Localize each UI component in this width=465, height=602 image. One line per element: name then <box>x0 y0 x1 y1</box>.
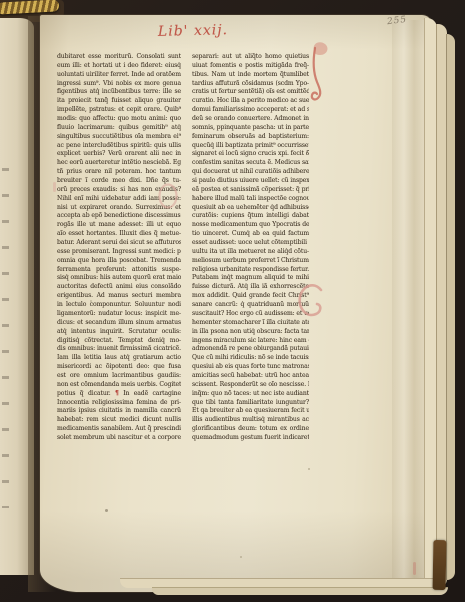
manuscript-line: deũ se orando conuertere. Admonet̃ in <box>192 115 309 124</box>
manuscript-line: somnis, ppinquante pascha: ut in parte <box>192 124 309 133</box>
red-margin-dash <box>53 182 56 192</box>
manuscript-line: Putabam inq́t magnum aliquid te mihi <box>192 274 309 283</box>
manuscript-line: in illa psona non utiq́ obscura: facta t… <box>192 328 309 337</box>
red-pilcrow-mark: ¶ <box>115 390 119 397</box>
fore-edge-leaf <box>446 34 455 580</box>
manuscript-line: tardius affuturã cõsidamus (scd́m Ypo- <box>192 80 309 89</box>
text-column-right: separari: aut ut aliq̃to homo quietiusui… <box>192 53 309 445</box>
manuscript-line: est ore omnium lacrimantibus gaudiis: <box>57 372 181 381</box>
manuscript-line: ingressi sum⁹. Vbi nobis ex more genua <box>57 80 181 89</box>
manuscript-line: tñ prius orare nil poteram. hoc tantum <box>57 168 181 177</box>
manuscript-line: meliosum uerbum proferret ĩ Christum: <box>192 257 309 266</box>
manuscript-line: omnia que hora illa poscebat. Tremenda <box>57 257 181 266</box>
manuscript-line: dicus: et secandum illum sinum armatus <box>57 319 181 328</box>
manuscript-line: curatõis: cupiens q̃tum intelligi dabat̃ <box>192 212 309 221</box>
manuscript-line: qui docuerat ut nihil curatiõis adhibere… <box>192 168 309 177</box>
manuscript-line: scissent. Responderũt se oĩo nescisse. E… <box>192 381 309 390</box>
manuscript-line: Innocentia religiosissima femina de pri- <box>57 399 181 408</box>
manuscript-line: atq́ intentus inquirit. Scrutatur oculis… <box>57 328 181 337</box>
manuscript-line: nosse medicamentum quo Ypocratis defini- <box>192 221 309 230</box>
manuscript-line: Que cũ mihi ridiculis: nõ se inde tacuis… <box>192 354 309 363</box>
manuscript-line: non est cõmendanda meis uerbis. Cogitet~ <box>57 381 181 390</box>
manuscript-line: feminarum obseruãs ad baptisterium: <box>192 133 309 142</box>
manuscript-line: uiuat fomentis e postis mitigãda freq̃- <box>192 62 309 71</box>
manuscript-line: si paulo diutius uiuere uellet: cũ inspe… <box>192 177 309 186</box>
manuscript-line: solet membrum ubi nascitur et a corpore <box>57 434 181 443</box>
leather-tab-marker <box>433 540 447 590</box>
manuscript-line: domui familiarissimo acceperat: et ad so… <box>192 106 309 115</box>
manuscript-line: religiosa urbanitate respondisse fertur. <box>192 266 309 275</box>
manuscript-line: mox addidit. Quid grande fecit Christ⁹ <box>192 292 309 301</box>
manuscript-line: quesiui ab eis quas forte tunc matronas <box>192 363 309 372</box>
manuscript-line: ac pene intercludẽtibus spiritũ: quis ul… <box>57 142 181 151</box>
manuscript-line: tibus. Nam ut inde mortem q̃tumlibet <box>192 71 309 80</box>
manuscript-line: auctoritas defectũ animi eius consolãdo <box>57 283 181 292</box>
manuscript-line: que tibi tanta familiaritate iunguntur? <box>192 399 309 408</box>
manuscript-line: suscitauit? Hoc ergo cũ audissem: et ue- <box>192 310 309 319</box>
manuscript-line: Iam illa letitia laus atq́ gratiarum act… <box>57 354 181 363</box>
manuscript-line: impellẽte, pstratus: et cepit orare. Qui… <box>57 106 181 115</box>
manuscript-line: modis: quo affectu: quo motu animi: quo <box>57 115 181 124</box>
manuscript-line: quemadmodum gestum fuerit indicaret. <box>192 434 309 443</box>
manuscript-line: glorificantibus deum: totum ex ordine <box>192 425 309 434</box>
manuscript-line: rogãs ille ut mane adesset: illi ut equo <box>57 221 181 230</box>
manuscript-line: hementer stomacharer ĩ illa ciuitate atq… <box>192 319 309 328</box>
manuscript-line: amicitias secũ habebat: utrũ hoc antea <box>192 372 309 381</box>
manuscript-photo: Lib' xxij. 255 dubitaret esse moriturũ. … <box>0 0 465 602</box>
manuscript-line: Et qa breuiter ab ea quesiueram fecit ut <box>192 407 309 416</box>
manuscript-line: eã postea et sanissimã cõperisset: q̃ pr… <box>192 186 309 195</box>
manuscript-line: confestim sanitas secuta ẽ. Medicus sane <box>192 159 309 168</box>
bottom-edge-leaf <box>152 587 448 595</box>
facing-page-text-bleed <box>2 168 9 508</box>
manuscript-line: singultibus succutiẽtibus oĩa membra ei⁹ <box>57 133 181 142</box>
manuscript-line: esse promiserant. Ingressi sunt medici: … <box>57 248 181 257</box>
manuscript-line: habere illud malũ tali inspectõe cognoue… <box>192 195 309 204</box>
manuscript-line: admonendã re pene obiurgandã putaui. <box>192 345 309 354</box>
manuscript-line: batur. Aderant serui dei sicut se affutu… <box>57 239 181 248</box>
book-header-rubric: Lib' xxij. <box>138 22 248 41</box>
manuscript-line: mariis ipsius ciuitatis in mamilla cancr… <box>57 407 181 416</box>
manuscript-line: erigentibus. Ad manus secturi membra <box>57 292 181 301</box>
manuscript-line: explicet uerbis? Verũ orarent alii nec i… <box>57 150 181 159</box>
manuscript-line: hec eorũ auerteretur intẽtio nesciebã. E… <box>57 159 181 168</box>
manuscript-line: uoluntati uiriliter ferret. Inde ad orat… <box>57 71 181 80</box>
manuscript-line: habebat: rem sicut medici dicunt nullis <box>57 416 181 425</box>
manuscript-line: uultu ita ut illa metueret ne aliq́d cõt… <box>192 248 309 257</box>
manuscript-line: aĩo esset hortantes. Illuxit dies q̃ met… <box>57 230 181 239</box>
page-crease <box>392 20 426 580</box>
manuscript-line: esset audisset: uoce uelut cõtemptibili … <box>192 239 309 248</box>
manuscript-line: sanare cancrũ: q́ quatriduanũ mortuũ <box>192 301 309 310</box>
manuscript-line: separari: aut ut aliq̃to homo quietius <box>192 53 309 62</box>
manuscript-line: ligamentorũ: nudatur locus: inspicit me- <box>57 310 181 319</box>
red-edge-mark <box>413 562 416 575</box>
manuscript-line: sisq́ omnibus: hiis autem quorũ erat mai… <box>57 274 181 283</box>
manuscript-line: inq̃m: quo nõ taces: ut nec iste audiant <box>192 390 309 399</box>
manuscript-line: tio uinceret̃. Cumq́ ab ea quid factum <box>192 230 309 239</box>
manuscript-line: potius q̃ dicatur. ¶ In eadẽ cartagine <box>57 390 181 399</box>
manuscript-line: figentibus atq́ incũbentibus terre: ille… <box>57 88 181 97</box>
manuscript-line: ita proiecit tanq̃ fuisset aliquo grauit… <box>57 97 181 106</box>
manuscript-line: ferramenta proferunt: attonitis suspe- <box>57 266 181 275</box>
text-column-left: dubitaret esse moriturũ. Consolati sunte… <box>57 53 181 445</box>
manuscript-line: digitisq́ cõtrectat. Temptat deniq́ mo- <box>57 337 181 346</box>
manuscript-line: curatio. Hoc illa a perito medico ac sue <box>192 97 309 106</box>
red-g-mark-icon <box>297 283 325 319</box>
manuscript-line: quesiuit ab ea uehemẽter q́d adhibuisset… <box>192 204 309 213</box>
manuscript-line: dis omnibus: inuenit firmissimã cicatric… <box>57 345 181 354</box>
manuscript-line: medicamentis sanabilem. Aut q̃ prescindi <box>57 425 181 434</box>
manuscript-line: in lectulo componuntur. Soluuntur nodi <box>57 301 181 310</box>
red-paraph-icon <box>300 40 334 108</box>
manuscript-line: fuisse dicturã. Atq́ illa iã exhorrescẽt… <box>192 283 309 292</box>
manuscript-line: dubitaret esse moriturũ. Consolati sunt <box>57 53 181 62</box>
manuscript-line: fluuio lacrimarum: quibus gemitib⁹ atq́ <box>57 124 181 133</box>
manuscript-line: quecũq́ illi baptizata primit⁹ occurriss… <box>192 142 309 151</box>
manuscript-line: cratis ut fertur sentẽtiã) oĩs est omitt… <box>192 88 309 97</box>
manuscript-line: ingens miraculum sic latere: hinc eam et <box>192 337 309 346</box>
manuscript-line: illis audientibus multisq́ mirantibus ac <box>192 416 309 425</box>
red-o-mark-icon <box>156 181 180 211</box>
manuscript-line: eum illi: et hortati ut i deo fideret: e… <box>57 62 181 71</box>
manuscript-line: signaret ei locũ signo crucis xpi. fecit… <box>192 150 309 159</box>
manuscript-line: accepta ab epõ benedictione discessimus: <box>57 212 181 221</box>
manuscript-line: misericordi ac õipotenti deo: que fusa <box>57 363 181 372</box>
